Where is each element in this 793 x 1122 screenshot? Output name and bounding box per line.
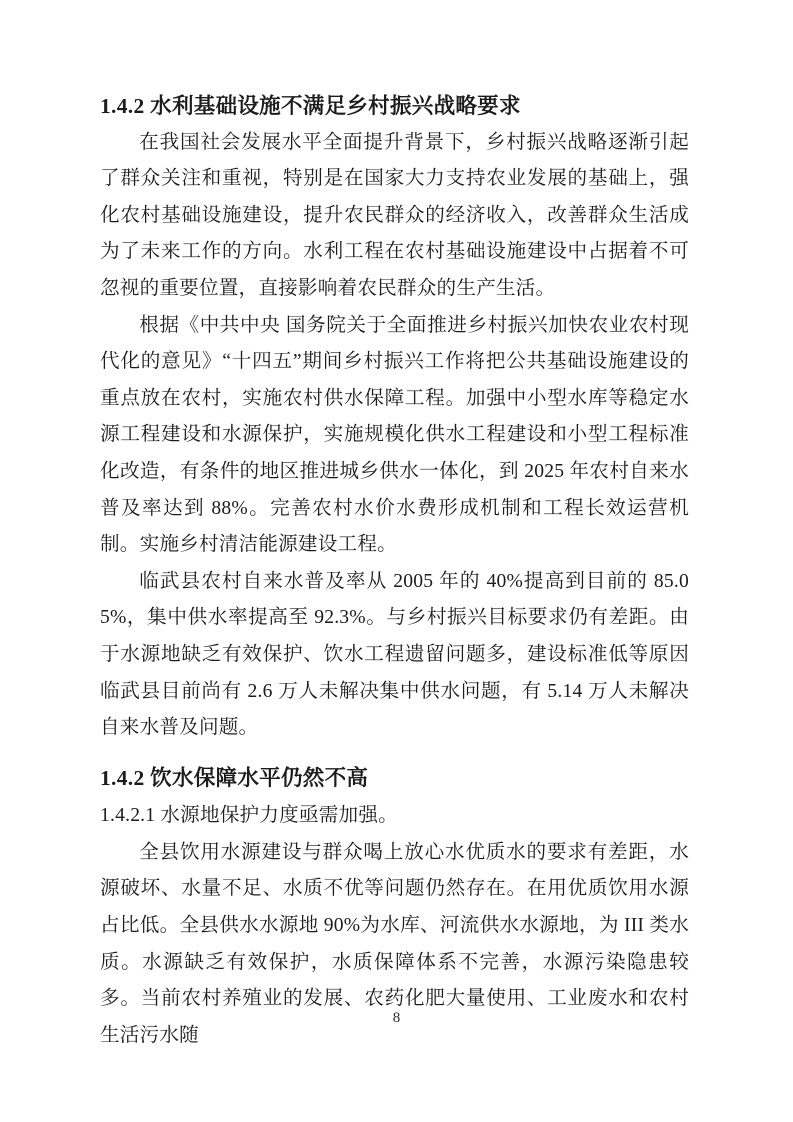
- page-number: 8: [0, 1008, 793, 1028]
- section-heading-drinking-water: 1.4.2 饮水保障水平仍然不高: [100, 760, 689, 797]
- subsection-heading-water-source-protection: 1.4.2.1 水源地保护力度亟需加强。: [100, 798, 689, 835]
- paragraph: 在我国社会发展水平全面提升背景下，乡村振兴战略逐渐引起了群众关注和重视，特别是在…: [100, 125, 689, 308]
- document-page: 1.4.2 水利基础设施不满足乡村振兴战略要求 在我国社会发展水平全面提升背景下…: [0, 0, 793, 1122]
- section-heading-water-infrastructure: 1.4.2 水利基础设施不满足乡村振兴战略要求: [100, 88, 689, 125]
- paragraph: 根据《中共中央 国务院关于全面推进乡村振兴加快农业农村现代化的意见》“十四五”期…: [100, 308, 689, 564]
- paragraph: 临武县农村自来水普及率从 2005 年的 40%提高到目前的 85.05%，集中…: [100, 564, 689, 747]
